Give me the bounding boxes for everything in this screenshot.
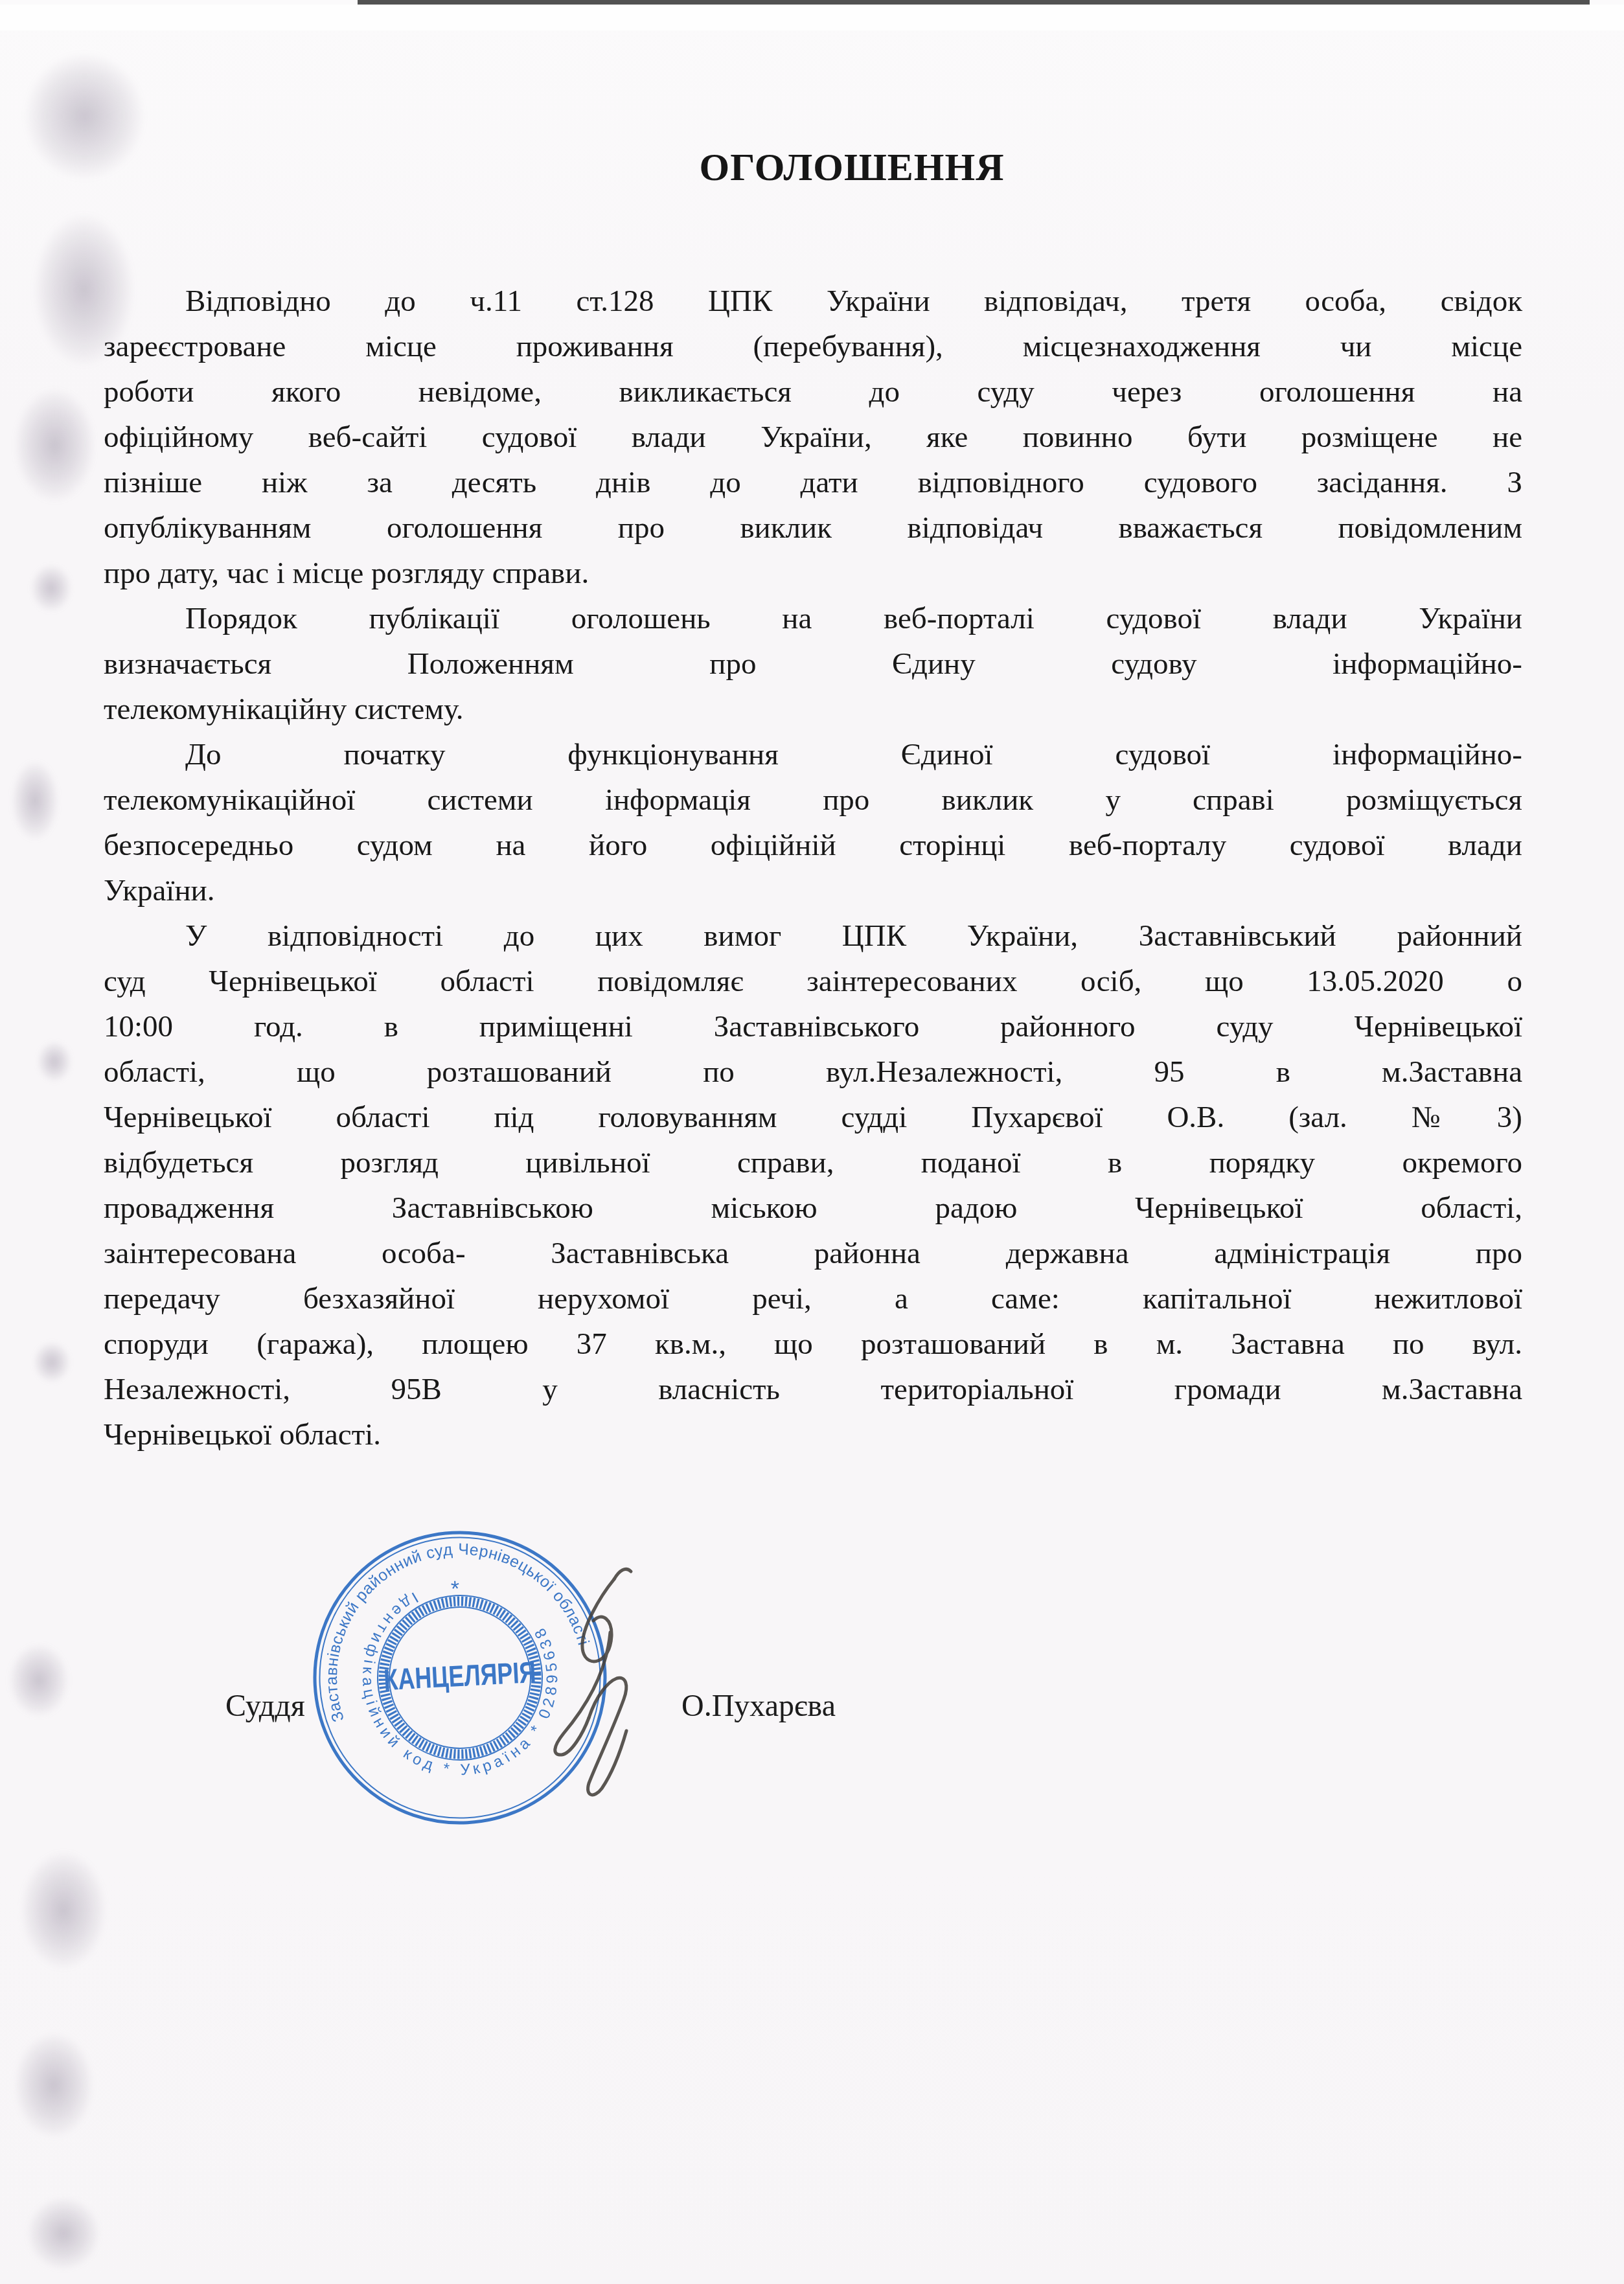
text-line: роботи якого невідоме, викликається до с… <box>104 369 1522 415</box>
text-line: України. <box>104 868 1522 913</box>
scan-smudge <box>31 565 71 611</box>
text-line: Чернівецької області під головуванням су… <box>104 1095 1522 1140</box>
text-line: офіційному веб-сайті судової влади Украї… <box>104 415 1522 460</box>
judge-name: О.Пухарєва <box>681 1688 836 1724</box>
text-line: Порядок публікації оголошень на веб-порт… <box>104 596 1522 641</box>
scan-top-margin <box>0 5 1624 30</box>
handwritten-signature <box>505 1555 700 1827</box>
scan-smudge <box>21 1851 106 1969</box>
text-line: провадження Заставнівською міською радою… <box>104 1185 1522 1231</box>
scan-smudge <box>14 389 95 502</box>
scan-edge-line <box>358 0 1590 5</box>
text-line: визначається Положенням про Єдину судову… <box>104 641 1522 687</box>
scan-smudge <box>34 1342 70 1382</box>
scan-smudge <box>27 2197 100 2270</box>
text-line: До початку функціонування Єдиної судової… <box>104 732 1522 777</box>
text-line: відбудеться розгляд цивільної справи, по… <box>104 1140 1522 1185</box>
text-line: області, що розташований по вул.Незалежн… <box>104 1049 1522 1095</box>
text-line: Незалежності, 95В у власність територіал… <box>104 1367 1522 1412</box>
text-line: споруди (гаража), площею 37 кв.м., що ро… <box>104 1321 1522 1367</box>
text-line: зареєстроване місце проживання (перебува… <box>104 324 1522 369</box>
stamp-asterisk: * <box>450 1577 460 1602</box>
text-line: телекомунікаційної системи інформація пр… <box>104 777 1522 823</box>
scanned-document-page: ОГОЛОШЕННЯ Відповідно до ч.11 ст.128 ЦПК… <box>0 0 1624 2284</box>
judge-role-label: Суддя <box>225 1688 305 1724</box>
text-line: суд Чернівецької області повідомляє заін… <box>104 959 1522 1004</box>
text-line: опублікуванням оголошення про виклик від… <box>104 505 1522 551</box>
scan-smudge <box>12 761 58 840</box>
scan-smudge <box>38 1042 71 1082</box>
text-line: передачу безхазяйної нерухомої речі, а с… <box>104 1276 1522 1321</box>
text-line: заінтересована особа- Заставнівська райо… <box>104 1231 1522 1276</box>
text-line: безпосередньо судом на його офіційній ст… <box>104 823 1522 868</box>
page-title: ОГОЛОШЕННЯ <box>104 145 1522 190</box>
text-line: 10:00 год. в приміщенні Заставнівського … <box>104 1004 1522 1049</box>
text-line: пізніше ніж за десять днів до дати відпо… <box>104 460 1522 505</box>
text-line: Чернівецької області. <box>104 1412 1522 1457</box>
text-line: Відповідно до ч.11 ст.128 ЦПК України ві… <box>104 279 1522 324</box>
document-body: Відповідно до ч.11 ст.128 ЦПК України ві… <box>104 279 1522 1457</box>
scan-smudge <box>14 2033 93 2138</box>
text-line: про дату, час і місце розгляду справи. <box>104 551 1522 596</box>
scan-smudge <box>9 1644 69 1717</box>
text-line: У відповідності до цих вимог ЦПК України… <box>104 913 1522 959</box>
text-line: телекомунікаційну систему. <box>104 687 1522 732</box>
